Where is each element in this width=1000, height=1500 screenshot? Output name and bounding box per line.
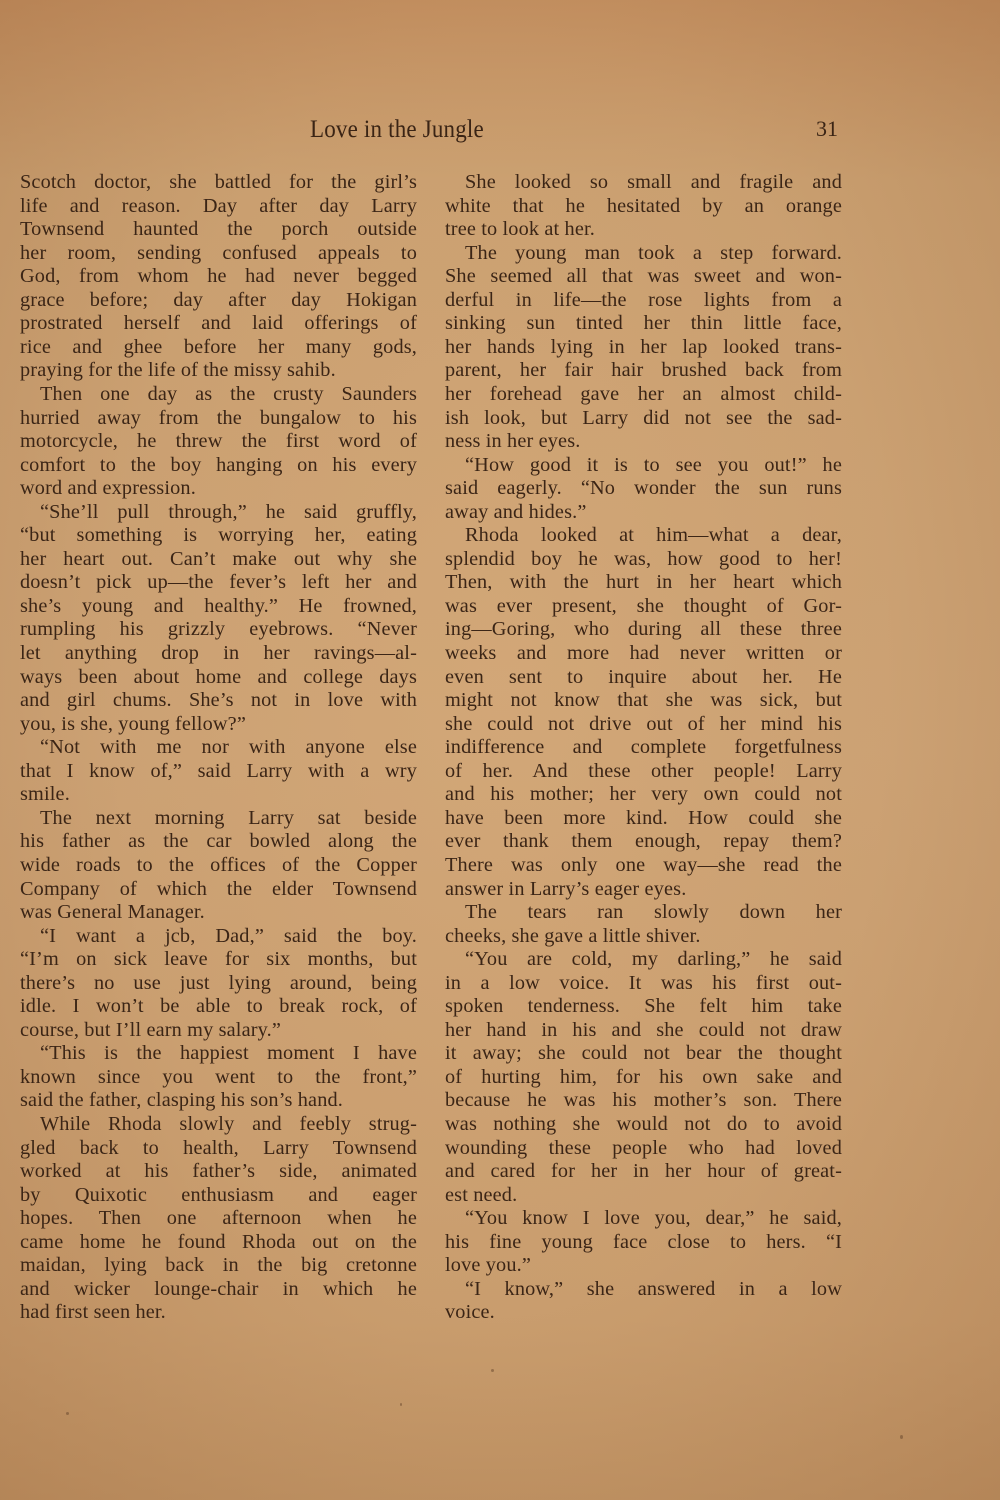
text-line: idle. I won’t be able to break rock, of bbox=[20, 994, 417, 1018]
text-line: “I’m on sick leave for six months, but bbox=[20, 947, 417, 971]
paper-speck bbox=[66, 1412, 69, 1415]
text-line: in a low voice. It was his first out- bbox=[445, 971, 842, 995]
text-line: tree to look at her. bbox=[445, 217, 842, 241]
paper-speck bbox=[400, 1403, 402, 1406]
text-line: her forehead gave her an almost child- bbox=[445, 382, 842, 406]
text-line: that I know of,” said Larry with a wry bbox=[20, 759, 417, 783]
text-line: hopes. Then one afternoon when he bbox=[20, 1206, 417, 1230]
text-line: worked at his father’s side, animated bbox=[20, 1159, 417, 1183]
text-line: Then, with the hurt in her heart which bbox=[445, 570, 842, 594]
text-line: said eagerly. “No wonder the sun runs bbox=[445, 476, 842, 500]
text-line: of her. And these other people! Larry bbox=[445, 759, 842, 783]
text-line: rumpling his grizzly eyebrows. “Never bbox=[20, 617, 417, 641]
text-line: known since you went to the front,” bbox=[20, 1065, 417, 1089]
text-line: maidan, lying back in the big cretonne bbox=[20, 1253, 417, 1277]
text-line: of hurting him, for his own sake and bbox=[445, 1065, 842, 1089]
text-line: “I want a jcb, Dad,” said the boy. bbox=[20, 924, 417, 948]
text-line: ever thank them enough, repay them? bbox=[445, 829, 842, 853]
text-line: motorcycle, he threw the first word of bbox=[20, 429, 417, 453]
text-line: ish look, but Larry did not see the sad- bbox=[445, 406, 842, 430]
text-line: have been more kind. How could she bbox=[445, 806, 842, 830]
text-line: parent, her fair hair brushed back from bbox=[445, 358, 842, 382]
text-line: Rhoda looked at him—what a dear, bbox=[445, 523, 842, 547]
text-line: “She’ll pull through,” he said gruffly, bbox=[20, 500, 417, 524]
text-line: gled back to health, Larry Townsend bbox=[20, 1136, 417, 1160]
running-title: Love in the Jungle bbox=[310, 116, 484, 144]
text-line: life and reason. Day after day Larry bbox=[20, 194, 417, 218]
text-line: She seemed all that was sweet and won- bbox=[445, 264, 842, 288]
text-line: God, from whom he had never begged bbox=[20, 264, 417, 288]
text-line: her room, sending confused appeals to bbox=[20, 241, 417, 265]
text-line: She looked so small and fragile and bbox=[445, 170, 842, 194]
text-line: and wicker lounge-chair in which he bbox=[20, 1277, 417, 1301]
text-line: sinking sun tinted her thin little face, bbox=[445, 311, 842, 335]
text-line: answer in Larry’s eager eyes. bbox=[445, 877, 842, 901]
paper-speck bbox=[491, 1369, 494, 1372]
text-line: There was only one way—she read the bbox=[445, 853, 842, 877]
text-line: The young man took a step forward. bbox=[445, 241, 842, 265]
text-line: “This is the happiest moment I have bbox=[20, 1041, 417, 1065]
text-line: spoken tenderness. She felt him take bbox=[445, 994, 842, 1018]
text-line: she’s young and healthy.” He frowned, bbox=[20, 594, 417, 618]
text-line: weeks and more had never written or bbox=[445, 641, 842, 665]
text-line: even sent to inquire about her. He bbox=[445, 665, 842, 689]
text-line: was nothing she would not do to avoid bbox=[445, 1112, 842, 1136]
text-line: and girl chums. She’s not in love with bbox=[20, 688, 417, 712]
text-line: his fine young face close to hers. “I bbox=[445, 1230, 842, 1254]
text-line: there’s no use just lying around, being bbox=[20, 971, 417, 995]
text-line: hurried away from the bungalow to his bbox=[20, 406, 417, 430]
text-line: because he was his mother’s son. There bbox=[445, 1088, 842, 1112]
text-line: word and expression. bbox=[20, 476, 417, 500]
text-line: While Rhoda slowly and feebly strug- bbox=[20, 1112, 417, 1136]
text-line: Then one day as the crusty Saunders bbox=[20, 382, 417, 406]
text-line: The tears ran slowly down her bbox=[445, 900, 842, 924]
page-number: 31 bbox=[816, 116, 838, 142]
text-line: let anything drop in her ravings—al- bbox=[20, 641, 417, 665]
text-line: had first seen her. bbox=[20, 1300, 417, 1324]
text-line: his father as the car bowled along the bbox=[20, 829, 417, 853]
text-line: might not know that she was sick, but bbox=[445, 688, 842, 712]
text-line: “How good it is to see you out!” he bbox=[445, 453, 842, 477]
text-line: prostrated herself and laid offerings of bbox=[20, 311, 417, 335]
text-line: her hands lying in her lap looked trans- bbox=[445, 335, 842, 359]
text-line: Scotch doctor, she battled for the girl’… bbox=[20, 170, 417, 194]
text-line: was ever present, she thought of Gor- bbox=[445, 594, 842, 618]
text-line: “but something is worrying her, eating bbox=[20, 523, 417, 547]
text-line: Company of which the elder Townsend bbox=[20, 877, 417, 901]
text-line: wide roads to the offices of the Copper bbox=[20, 853, 417, 877]
text-line: The next morning Larry sat beside bbox=[20, 806, 417, 830]
text-line: smile. bbox=[20, 782, 417, 806]
text-line: you, is she, young fellow?” bbox=[20, 712, 417, 736]
text-line: white that he hesitated by an orange bbox=[445, 194, 842, 218]
text-line: comfort to the boy hanging on his every bbox=[20, 453, 417, 477]
text-line: “You know I love you, dear,” he said, bbox=[445, 1206, 842, 1230]
running-head: Love in the Jungle 31 bbox=[0, 116, 1000, 150]
text-line: was General Manager. bbox=[20, 900, 417, 924]
text-line: splendid boy he was, how good to her! bbox=[445, 547, 842, 571]
text-line: “Not with me nor with anyone else bbox=[20, 735, 417, 759]
book-page: Love in the Jungle 31 Scotch doctor, she… bbox=[0, 0, 1000, 1500]
text-line: course, but I’ll earn my salary.” bbox=[20, 1018, 417, 1042]
text-line: it away; she could not bear the thought bbox=[445, 1041, 842, 1065]
text-line: said the father, clasping his son’s hand… bbox=[20, 1088, 417, 1112]
text-line: praying for the life of the missy sahib. bbox=[20, 358, 417, 382]
text-line: cheeks, she gave a little shiver. bbox=[445, 924, 842, 948]
text-line: wounding these people who had loved bbox=[445, 1136, 842, 1160]
text-line: derful in life—the rose lights from a bbox=[445, 288, 842, 312]
text-line: doesn’t pick up—the fever’s left her and bbox=[20, 570, 417, 594]
text-line: her heart out. Can’t make out why she bbox=[20, 547, 417, 571]
text-line: Townsend haunted the porch outside bbox=[20, 217, 417, 241]
text-line: away and hides.” bbox=[445, 500, 842, 524]
text-line: rice and ghee before her many gods, bbox=[20, 335, 417, 359]
paper-speck bbox=[900, 1435, 903, 1439]
text-line: ness in her eyes. bbox=[445, 429, 842, 453]
text-line: indifference and complete forgetfulness bbox=[445, 735, 842, 759]
text-line: ways been about home and college days bbox=[20, 665, 417, 689]
text-line: she could not drive out of her mind his bbox=[445, 712, 842, 736]
text-line: came home he found Rhoda out on the bbox=[20, 1230, 417, 1254]
text-line: ing—Goring, who during all these three bbox=[445, 617, 842, 641]
text-line: by Quixotic enthusiasm and eager bbox=[20, 1183, 417, 1207]
text-line: grace before; day after day Hokigan bbox=[20, 288, 417, 312]
text-line: and cared for her in her hour of great- bbox=[445, 1159, 842, 1183]
text-line: est need. bbox=[445, 1183, 842, 1207]
text-line: voice. bbox=[445, 1300, 842, 1324]
text-line: her hand in his and she could not draw bbox=[445, 1018, 842, 1042]
text-line: “You are cold, my darling,” he said bbox=[445, 947, 842, 971]
text-line: love you.” bbox=[445, 1253, 842, 1277]
text-line: “I know,” she answered in a low bbox=[445, 1277, 842, 1301]
text-line: and his mother; her very own could not bbox=[445, 782, 842, 806]
